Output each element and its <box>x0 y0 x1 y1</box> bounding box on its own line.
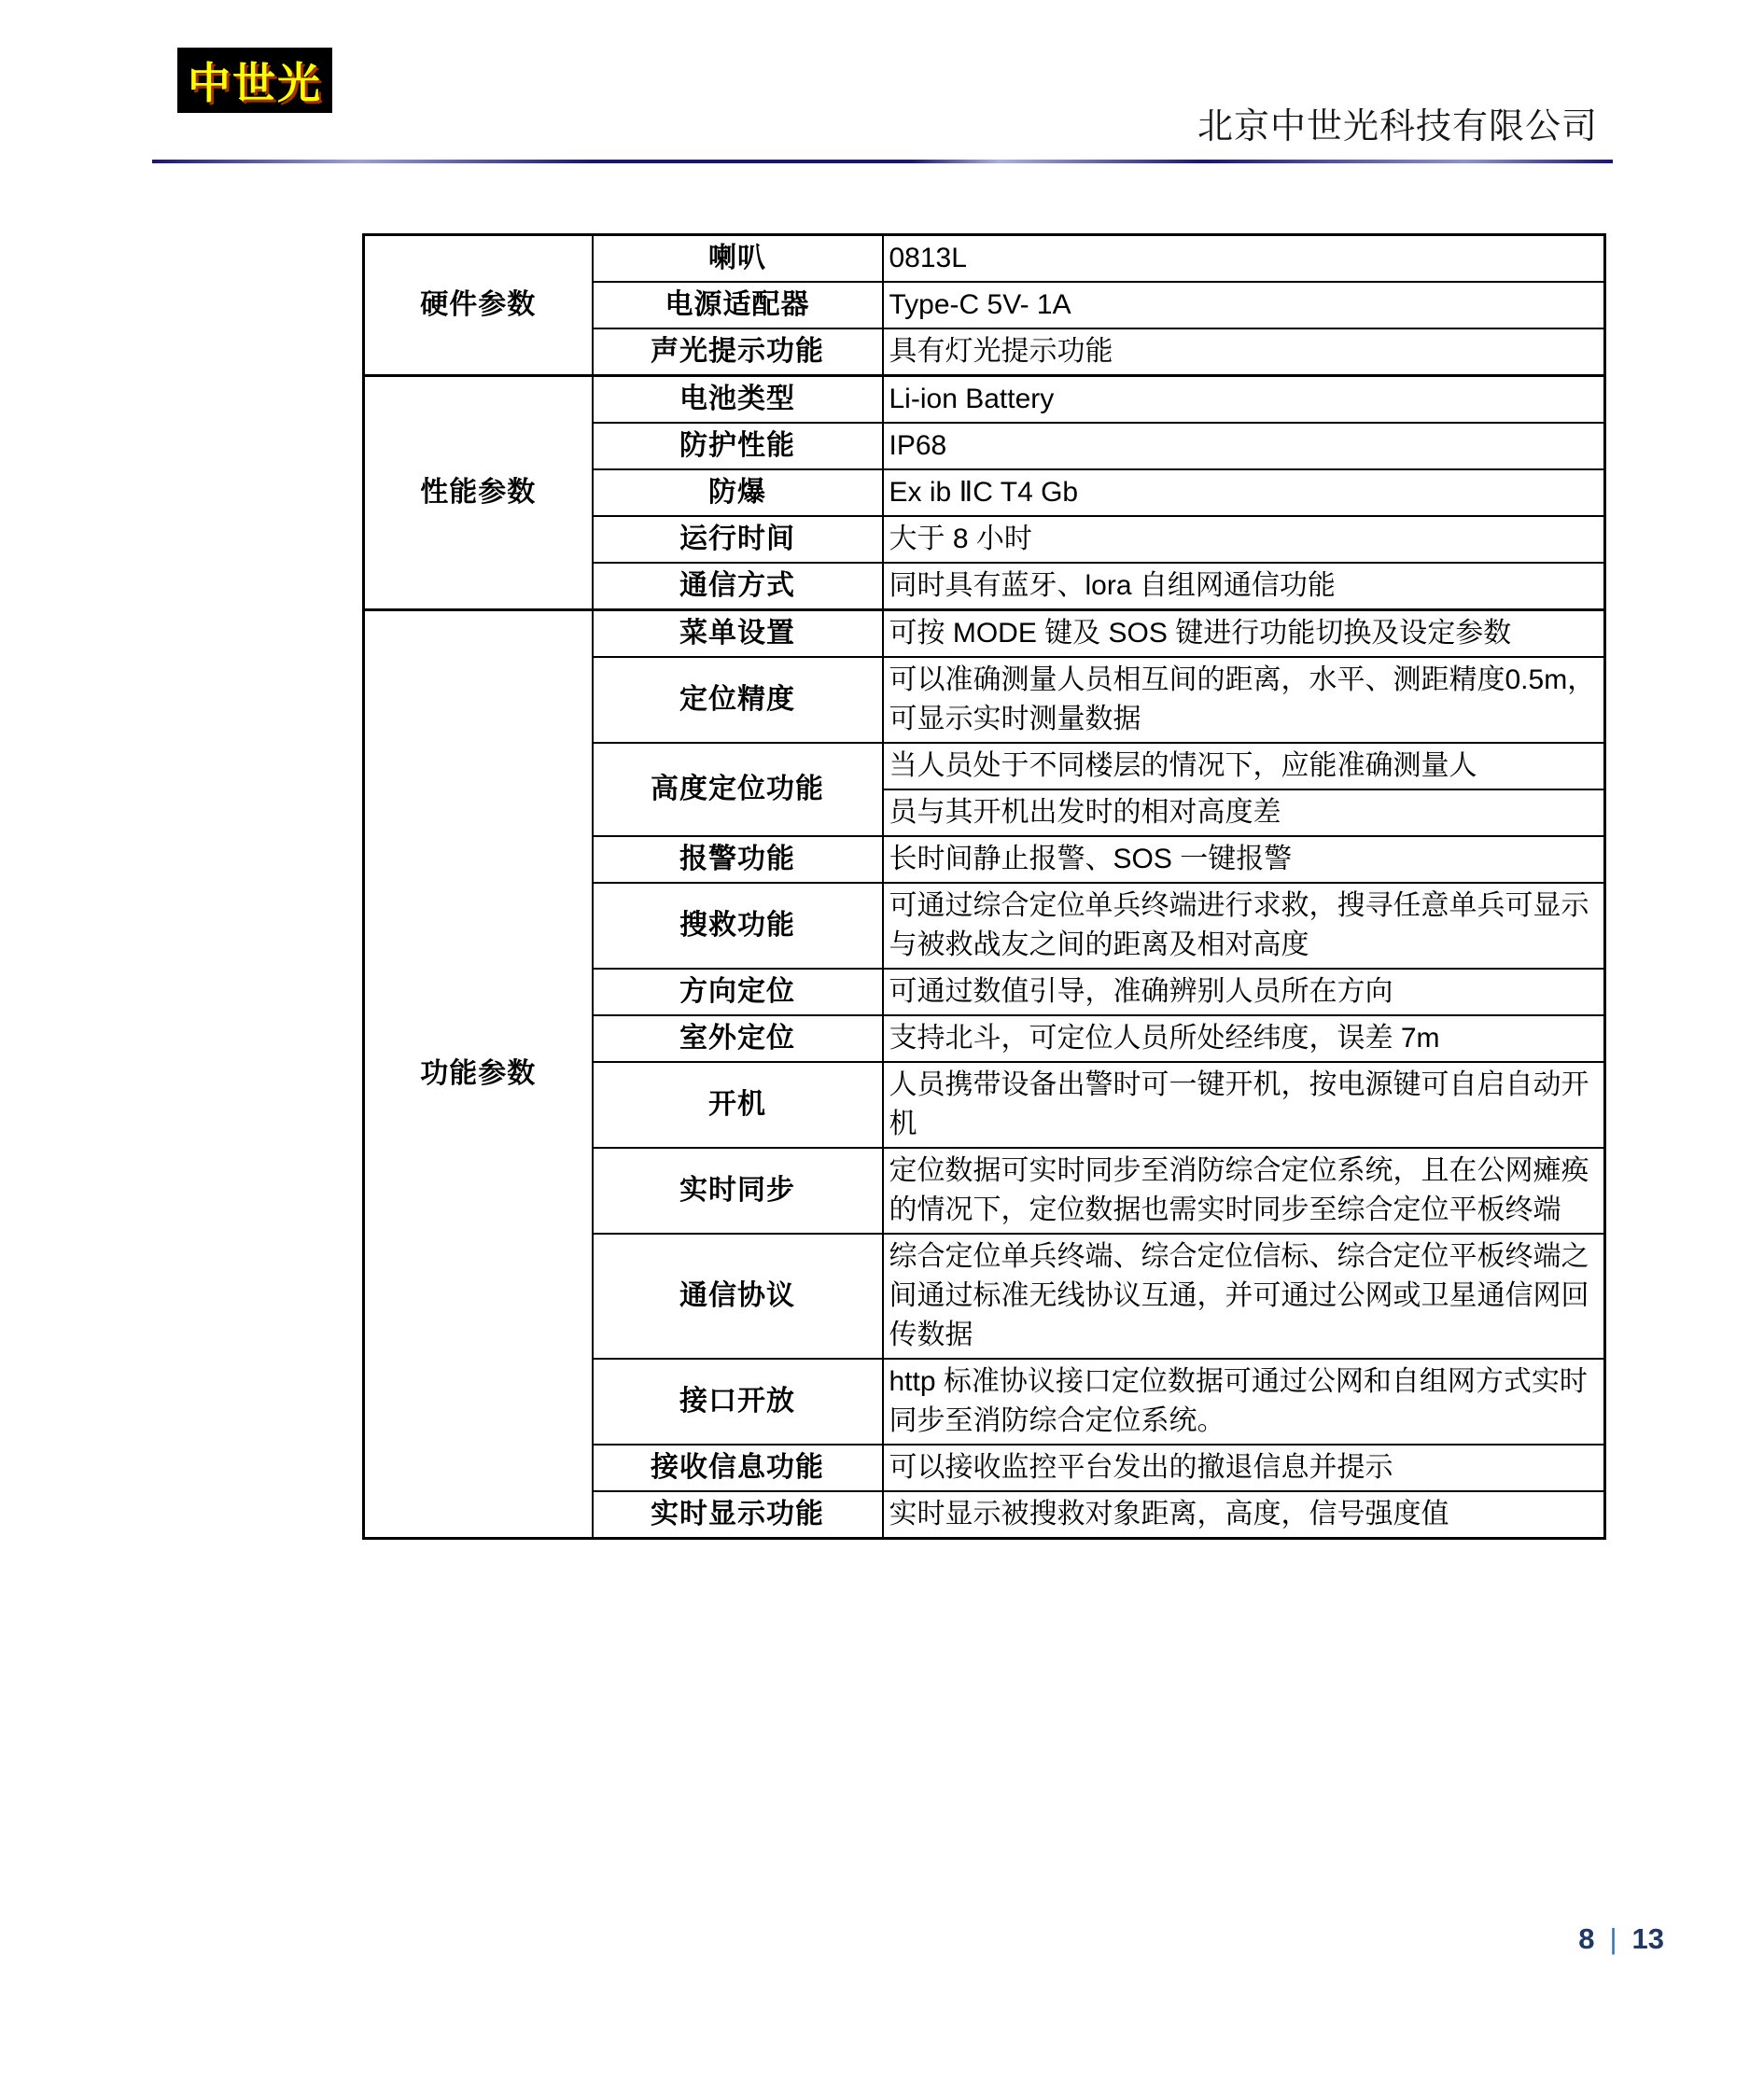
param-cell: 高度定位功能 <box>593 743 883 836</box>
company-name: 北京中世光科技有限公司 <box>1197 97 1598 148</box>
param-cell: 实时同步 <box>593 1148 883 1234</box>
table-row: 性能参数电池类型Li-ion Battery <box>364 376 1605 424</box>
param-cell: 防护性能 <box>593 423 883 469</box>
param-cell: 声光提示功能 <box>593 328 883 376</box>
header-rule <box>152 160 1613 163</box>
value-cell: 0813L <box>883 235 1605 283</box>
category-cell: 硬件参数 <box>364 235 593 376</box>
page-number: 8 <box>1578 1922 1594 1955</box>
param-cell: 运行时间 <box>593 516 883 563</box>
value-cell: 实时显示被搜救对象距离，高度，信号强度值 <box>883 1491 1605 1539</box>
param-cell: 开机 <box>593 1062 883 1148</box>
param-cell: 防爆 <box>593 469 883 516</box>
param-cell: 报警功能 <box>593 836 883 883</box>
param-cell: 电池类型 <box>593 376 883 424</box>
value-cell: Ex ib ⅡC T4 Gb <box>883 469 1605 516</box>
table-row: 功能参数菜单设置可按 MODE 键及 SOS 键进行功能切换及设定参数 <box>364 610 1605 658</box>
value-cell: 支持北斗，可定位人员所处经纬度，误差 7m <box>883 1015 1605 1062</box>
value-cell: 同时具有蓝牙、lora 自组网通信功能 <box>883 563 1605 610</box>
param-cell: 定位精度 <box>593 657 883 743</box>
value-cell: 综合定位单兵终端、综合定位信标、综合定位平板终端之间通过标准无线协议互通，并可通… <box>883 1234 1605 1359</box>
param-cell: 室外定位 <box>593 1015 883 1062</box>
value-cell: IP68 <box>883 423 1605 469</box>
category-cell: 性能参数 <box>364 376 593 610</box>
value-cell: 人员携带设备出警时可一键开机，按电源键可自启自动开机 <box>883 1062 1605 1148</box>
category-cell: 功能参数 <box>364 610 593 1539</box>
value-cell: Type-C 5V- 1A <box>883 282 1605 328</box>
param-cell: 通信协议 <box>593 1234 883 1359</box>
param-cell: 菜单设置 <box>593 610 883 658</box>
total-pages: 13 <box>1632 1922 1664 1955</box>
value-cell: 员与其开机出发时的相对高度差 <box>883 789 1605 836</box>
value-cell: 可以接收监控平台发出的撤退信息并提示 <box>883 1445 1605 1491</box>
table-row: 硬件参数喇叭0813L <box>364 235 1605 283</box>
param-cell: 方向定位 <box>593 969 883 1015</box>
param-cell: 接收信息功能 <box>593 1445 883 1491</box>
param-cell: 接口开放 <box>593 1359 883 1445</box>
param-cell: 电源适配器 <box>593 282 883 328</box>
spec-table: 硬件参数喇叭0813L电源适配器Type-C 5V- 1A声光提示功能具有灯光提… <box>362 233 1606 1540</box>
value-cell: 定位数据可实时同步至消防综合定位系统，且在公网瘫痪的情况下，定位数据也需实时同步… <box>883 1148 1605 1234</box>
value-cell: 当人员处于不同楼层的情况下，应能准确测量人 <box>883 743 1605 789</box>
value-cell: 大于 8 小时 <box>883 516 1605 563</box>
page-separator: | <box>1609 1922 1617 1955</box>
logo-text: 中世光 <box>188 49 322 111</box>
value-cell: 具有灯光提示功能 <box>883 328 1605 376</box>
company-logo: 中世光 <box>177 48 332 113</box>
param-cell: 实时显示功能 <box>593 1491 883 1539</box>
value-cell: 可以准确测量人员相互间的距离，水平、测距精度0.5m，可显示实时测量数据 <box>883 657 1605 743</box>
value-cell: 长时间静止报警、SOS 一键报警 <box>883 836 1605 883</box>
value-cell: Li-ion Battery <box>883 376 1605 424</box>
value-cell: 可通过数值引导，准确辨别人员所在方向 <box>883 969 1605 1015</box>
value-cell: http 标准协议接口定位数据可通过公网和自组网方式实时同步至消防综合定位系统。 <box>883 1359 1605 1445</box>
param-cell: 喇叭 <box>593 235 883 283</box>
param-cell: 搜救功能 <box>593 883 883 969</box>
value-cell: 可通过综合定位单兵终端进行求救，搜寻任意单兵可显示与被救战友之间的距离及相对高度 <box>883 883 1605 969</box>
param-cell: 通信方式 <box>593 563 883 610</box>
value-cell: 可按 MODE 键及 SOS 键进行功能切换及设定参数 <box>883 610 1605 658</box>
page-footer: 8|13 <box>1578 1922 1664 1956</box>
